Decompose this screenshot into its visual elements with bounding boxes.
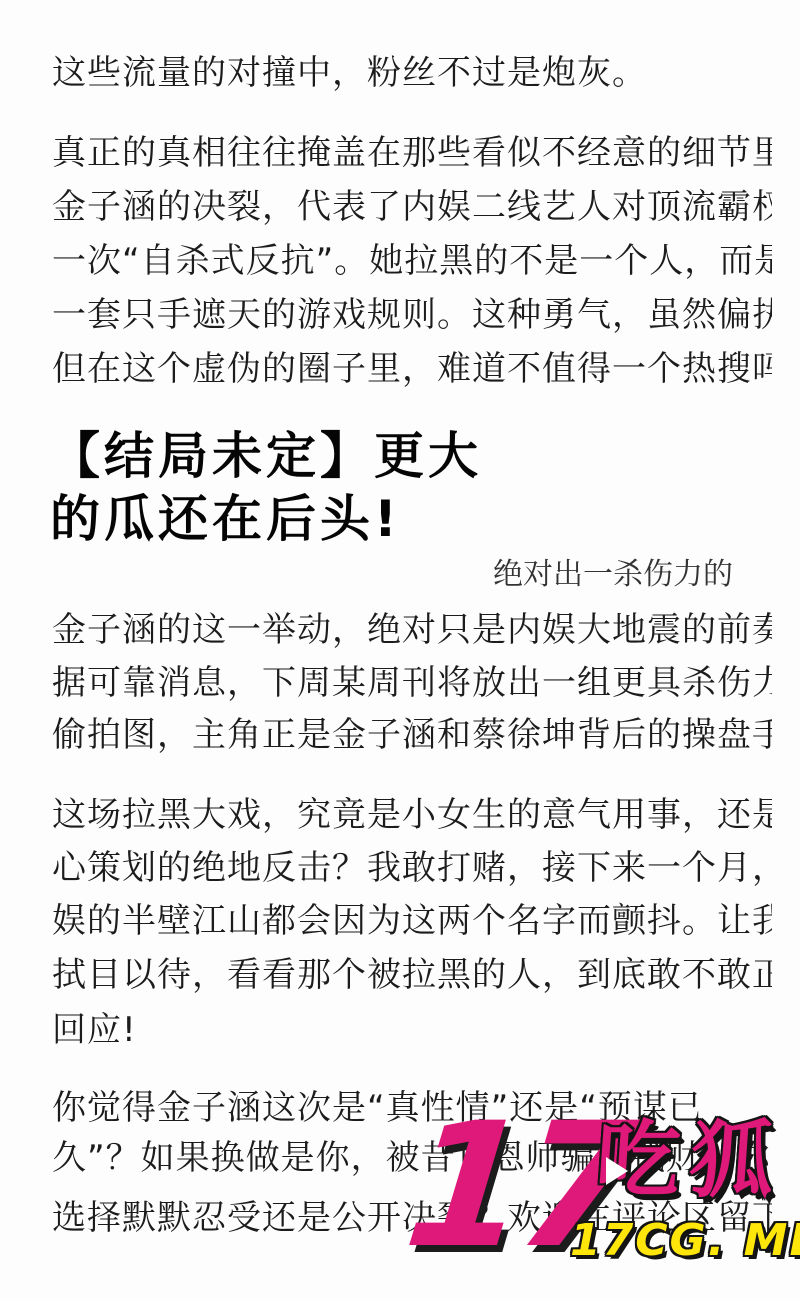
paragraph-bet-line: 娱的半壁江山都会因为这两个名字而颤抖。让我们 [52, 901, 772, 942]
paragraph-truth-line: 金子涵的决裂，代表了内娱二线艺人对顶流霸权的 [52, 187, 772, 228]
article-page: 这些流量的对撞中，粉丝不过是炮灰。 真正的真相往往掩盖在那些看似不经意的细节里。… [0, 0, 800, 1301]
paragraph-truth-line: 真正的真相往往掩盖在那些看似不经意的细节里。 [52, 133, 772, 174]
section-headline-line: 的瓜还在后头! [50, 491, 770, 549]
paragraph-truth-line: 一次“自杀式反抗”。她拉黑的不是一个人，而是 [52, 241, 772, 282]
section-headline-line: 【结局未定】更大 [50, 428, 770, 486]
paragraph-prelude-line: 金子涵的这一举动，绝对只是内娱大地震的前奏。 [52, 610, 772, 651]
paragraph-truth-line: 一套只手遮天的游戏规则。这种勇气，虽然偏执， [52, 295, 772, 336]
play-triangle-icon [606, 1157, 628, 1185]
paragraph-prelude-line: 据可靠消息，下周某周刊将放出一组更具杀伤力的 [52, 663, 772, 704]
paragraph-truth-line: 但在这个虚伪的圈子里，难道不值得一个热搜吗？ [52, 349, 772, 390]
watermark-site-url: 17CG. ME [570, 1219, 800, 1263]
intro-line: 这些流量的对撞中，粉丝不过是炮灰。 [52, 53, 772, 94]
paragraph-bet-line: 回应! [52, 1010, 772, 1051]
ghost-text-fragment: 绝对出一杀伤力的 [493, 549, 733, 593]
paragraph-prelude-line: 偷拍图，主角正是金子涵和蔡徐坤背后的操盘手。 [52, 715, 772, 756]
paragraph-bet-line: 心策划的绝地反击？我敢打赌，接下来一个月，内 [52, 848, 772, 889]
paragraph-bet-line: 这场拉黑大戏，究竟是小女生的意气用事，还是精 [52, 795, 772, 836]
paragraph-bet-line: 拭目以待，看看那个被拉黑的人，到底敢不敢正面 [52, 955, 772, 996]
